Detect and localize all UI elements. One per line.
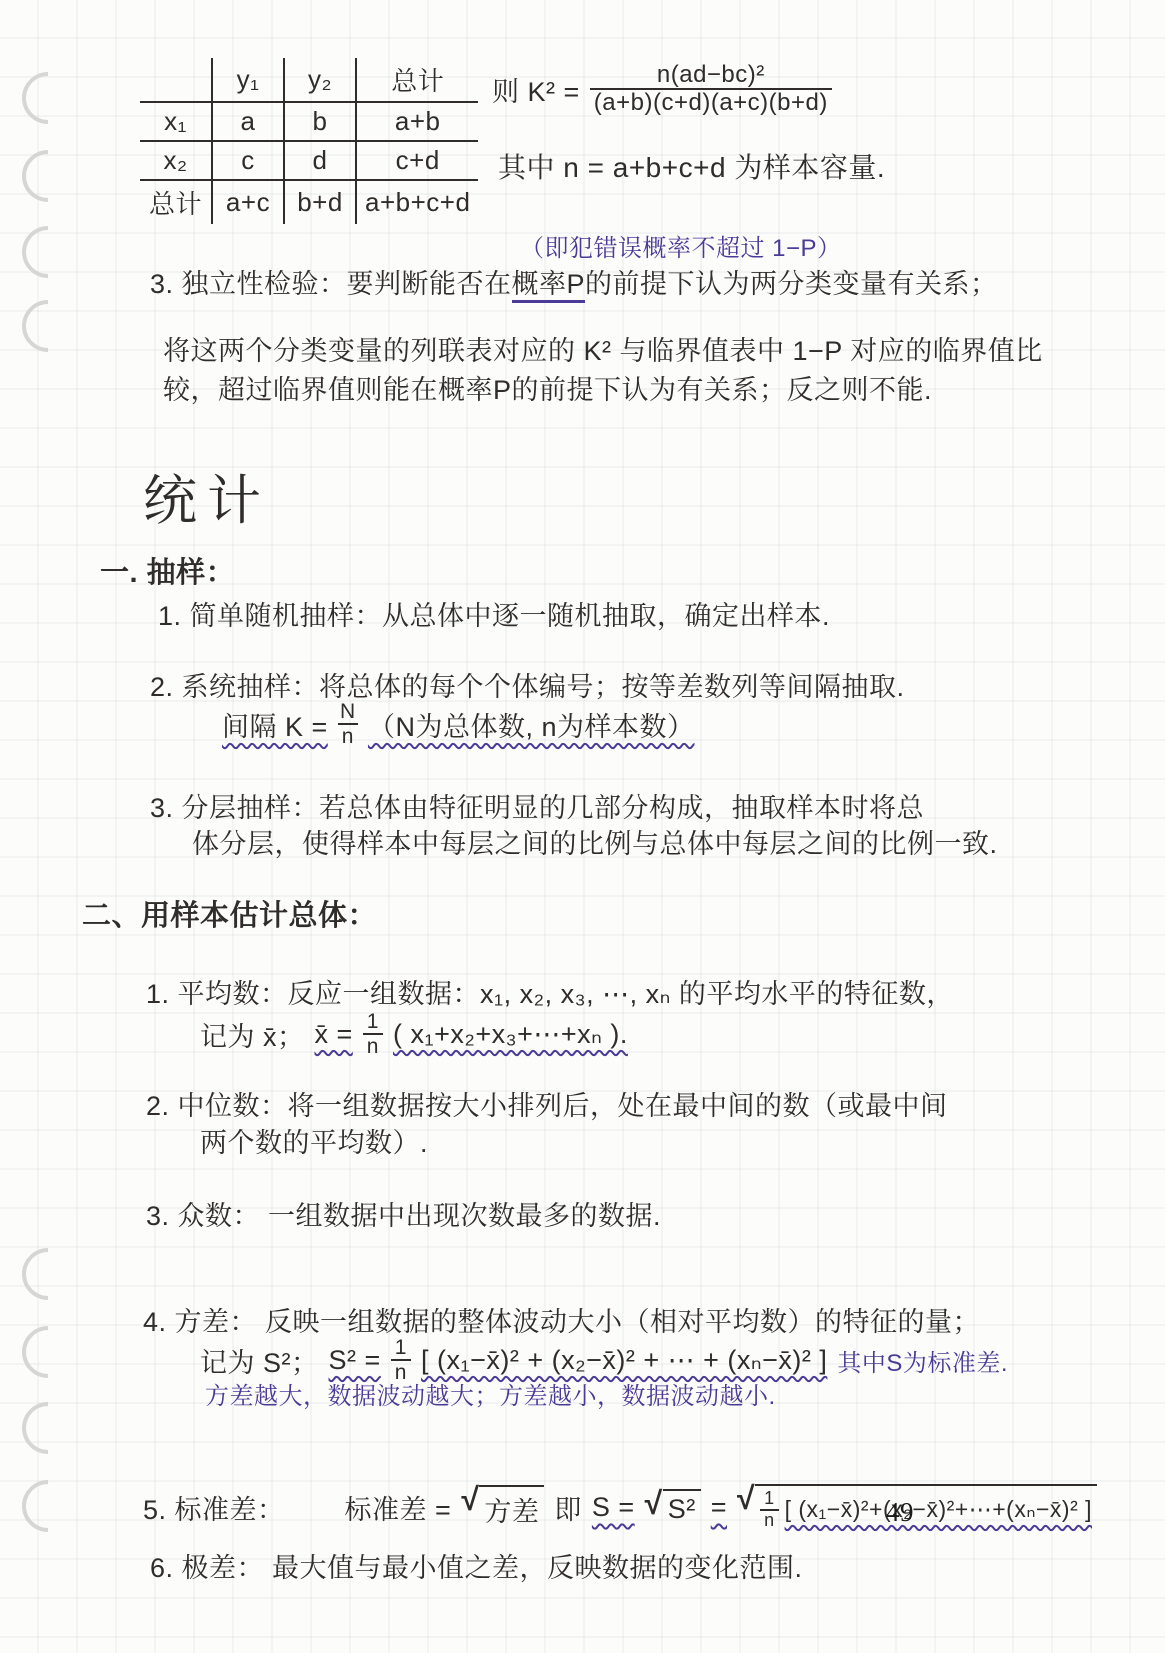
table-cell: a [212,102,284,141]
radical: √ 1 n [ (x₁−x̄)²+(x₂−x̄)²+⋯+(xₙ−x̄)² ] [737,1484,1097,1531]
table-cell: a+b [356,102,478,141]
binder-hole [11,61,85,135]
stddev-eq1-pre: 标准差 = [345,1488,452,1527]
table-cell: c+d [356,141,478,180]
stddev-line: 5. 标准差： 标准差 = √ 方差 即 S = √ S² = √ 1 n [ … [143,1484,1097,1531]
table-cell: a+c [212,180,284,224]
error-rate-note: （即犯错误概率不超过 1−P） [520,228,842,263]
table-cell: 总计 [356,58,478,102]
probability-underlined: 概率P [512,269,586,303]
formula-lead: 则 K² = [492,70,580,109]
table-cell: c [212,141,284,180]
radical-body: 方差 [479,1485,544,1529]
denominator: (a+b)(c+d)(a+c)(b+d) [590,88,832,116]
table-row: 总计 a+c b+d a+b+c+d [140,180,478,224]
table-cell: x₂ [140,141,212,180]
median-line1: 2. 中位数：将一组数据按大小排列后，处在最中间的数（或最中间 [146,1084,948,1123]
variance-line1: 4. 方差： 反映一组数据的整体波动大小（相对平均数）的特征的量； [143,1300,980,1339]
binder-hole [11,1315,85,1389]
interval-formula: 间隔 K = N n （N为总体数, n为样本数） [222,700,695,748]
table-row: x₂ c d c+d [140,141,478,180]
table-cell: y₁ [212,58,284,102]
fraction: N n [338,700,358,748]
stddev-eq2-pre: S = [592,1492,635,1523]
table-cell: d [284,141,356,180]
radical-body: S² [663,1489,701,1525]
denominator: n [363,1033,383,1058]
stddev-mid: 即 [554,1488,582,1527]
numerator: 1 [764,1489,775,1509]
mean-sum: ( x₁+x₂+x₃+⋯+xₙ ). [393,1019,628,1050]
median-line2: 两个数的平均数）. [200,1121,428,1160]
variance-sum: [ (x₁−x̄)² + (x₂−x̄)² + ⋯ + (xₙ−x̄)² ] [421,1345,827,1376]
stratified-sampling-line2: 体分层，使得样本中每层之间的比例与总体中每层之间的比例一致. [192,822,998,861]
radical-sign: √ [737,1482,755,1514]
table-cell [140,58,212,102]
independence-test-line: 3. 独立性检验：要判断能否在概率P的前提下认为两分类变量有关系； [150,262,998,301]
table-row: y₁ y₂ 总计 [140,58,478,102]
stratified-sampling-line1: 3. 分层抽样：若总体由特征明显的几部分构成，抽取样本时将总 [150,786,924,825]
stddev-note: 其中S为标准差. [837,1343,1008,1378]
sampling-heading: 一. 抽样： [100,550,235,591]
independence-test-body: 将这两个分类变量的列联表对应的 K² 与临界值表中 1−P 对应的临界值比较，超… [163,332,1055,410]
binder-hole [11,1469,85,1543]
interval-post: （N为总体数, n为样本数） [368,705,695,744]
table-cell: b+d [284,180,356,224]
table-cell: a+b+c+d [356,180,478,224]
contingency-table: y₁ y₂ 总计 x₁ a b a+b x₂ c d c+d 总计 a+c b+… [140,58,478,224]
range-line: 6. 极差： 最大值与最小值之差，反映数据的变化范围. [150,1546,803,1585]
systematic-sampling: 2. 系统抽样：将总体的每个个体编号；按等差数列等间隔抽取. [150,665,905,704]
fraction: n(ad−bc)² (a+b)(c+d)(a+c)(b+d) [590,62,832,117]
simple-random-sampling: 1. 简单随机抽样：从总体中逐一随机抽取，确定出样本. [158,594,830,633]
stddev-sum: [ (x₁−x̄)²+(x₂−x̄)²+⋯+(xₙ−x̄)² ] [785,1496,1092,1523]
fraction: 1 n [760,1489,779,1531]
table-cell: x₁ [140,102,212,141]
mean-line1: 1. 平均数：反应一组数据：x₁, x₂, x₃, ⋯, xₙ 的平均水平的特征… [146,972,954,1011]
radical-sign: √ [461,1483,479,1515]
denominator: n [760,1509,779,1531]
mode-line: 3. 众数： 一组数据中出现次数最多的数据. [146,1194,661,1233]
numerator: 1 [367,1010,379,1033]
mean-xbar: x̄ = [315,1019,353,1050]
stddev-label: 5. 标准差： [143,1488,285,1527]
interval-pre: 间隔 K = [222,705,328,744]
independence-pre: 3. 独立性检验：要判断能否在 [150,269,512,299]
numerator: 1 [395,1336,407,1359]
table-row: x₁ a b a+b [140,102,478,141]
table-cell: 总计 [140,180,212,224]
notebook-page: y₁ y₂ 总计 x₁ a b a+b x₂ c d c+d 总计 a+c b+… [0,0,1165,1653]
section-title-statistics: 统计 [143,458,271,535]
table-cell: b [284,102,356,141]
radical-body: 1 n [ (x₁−x̄)²+(x₂−x̄)²+⋯+(xₙ−x̄)² ] [755,1484,1097,1531]
numerator: N [340,700,356,723]
radical: √ S² [645,1489,701,1525]
binder-hole [11,1391,85,1465]
radical-sign: √ [645,1487,663,1519]
table-cell: y₂ [284,58,356,102]
radical: √ 方差 [461,1485,544,1529]
k-squared-formula: 则 K² = n(ad−bc)² (a+b)(c+d)(a+c)(b+d) [492,62,832,117]
fraction: 1 n [363,1010,383,1058]
mean-pre: 记为 x̄； [200,1015,305,1054]
estimate-heading: 二、用样本估计总体： [82,893,377,934]
numerator: n(ad−bc)² [657,62,765,88]
sample-size-note: 其中 n = a+b+c+d 为样本容量. [498,146,885,186]
binder-hole [11,1237,85,1311]
variance-pre: 记为 S²； [200,1341,319,1380]
binder-hole [11,289,85,363]
denominator: n [338,723,358,748]
variance-purple-line: 方差越大，数据波动越大；方差越小，数据波动越小. [205,1376,776,1411]
mean-formula: 记为 x̄； x̄ = 1 n ( x₁+x₂+x₃+⋯+xₙ ). [200,1010,628,1058]
binder-hole [11,215,85,289]
page-number: 49 [886,1497,914,1528]
stddev-eq2-equals: = [711,1492,727,1523]
binder-hole [11,139,85,213]
variance-s2: S² = [329,1345,381,1376]
independence-post: 的前提下认为两分类变量有关系； [585,269,998,299]
